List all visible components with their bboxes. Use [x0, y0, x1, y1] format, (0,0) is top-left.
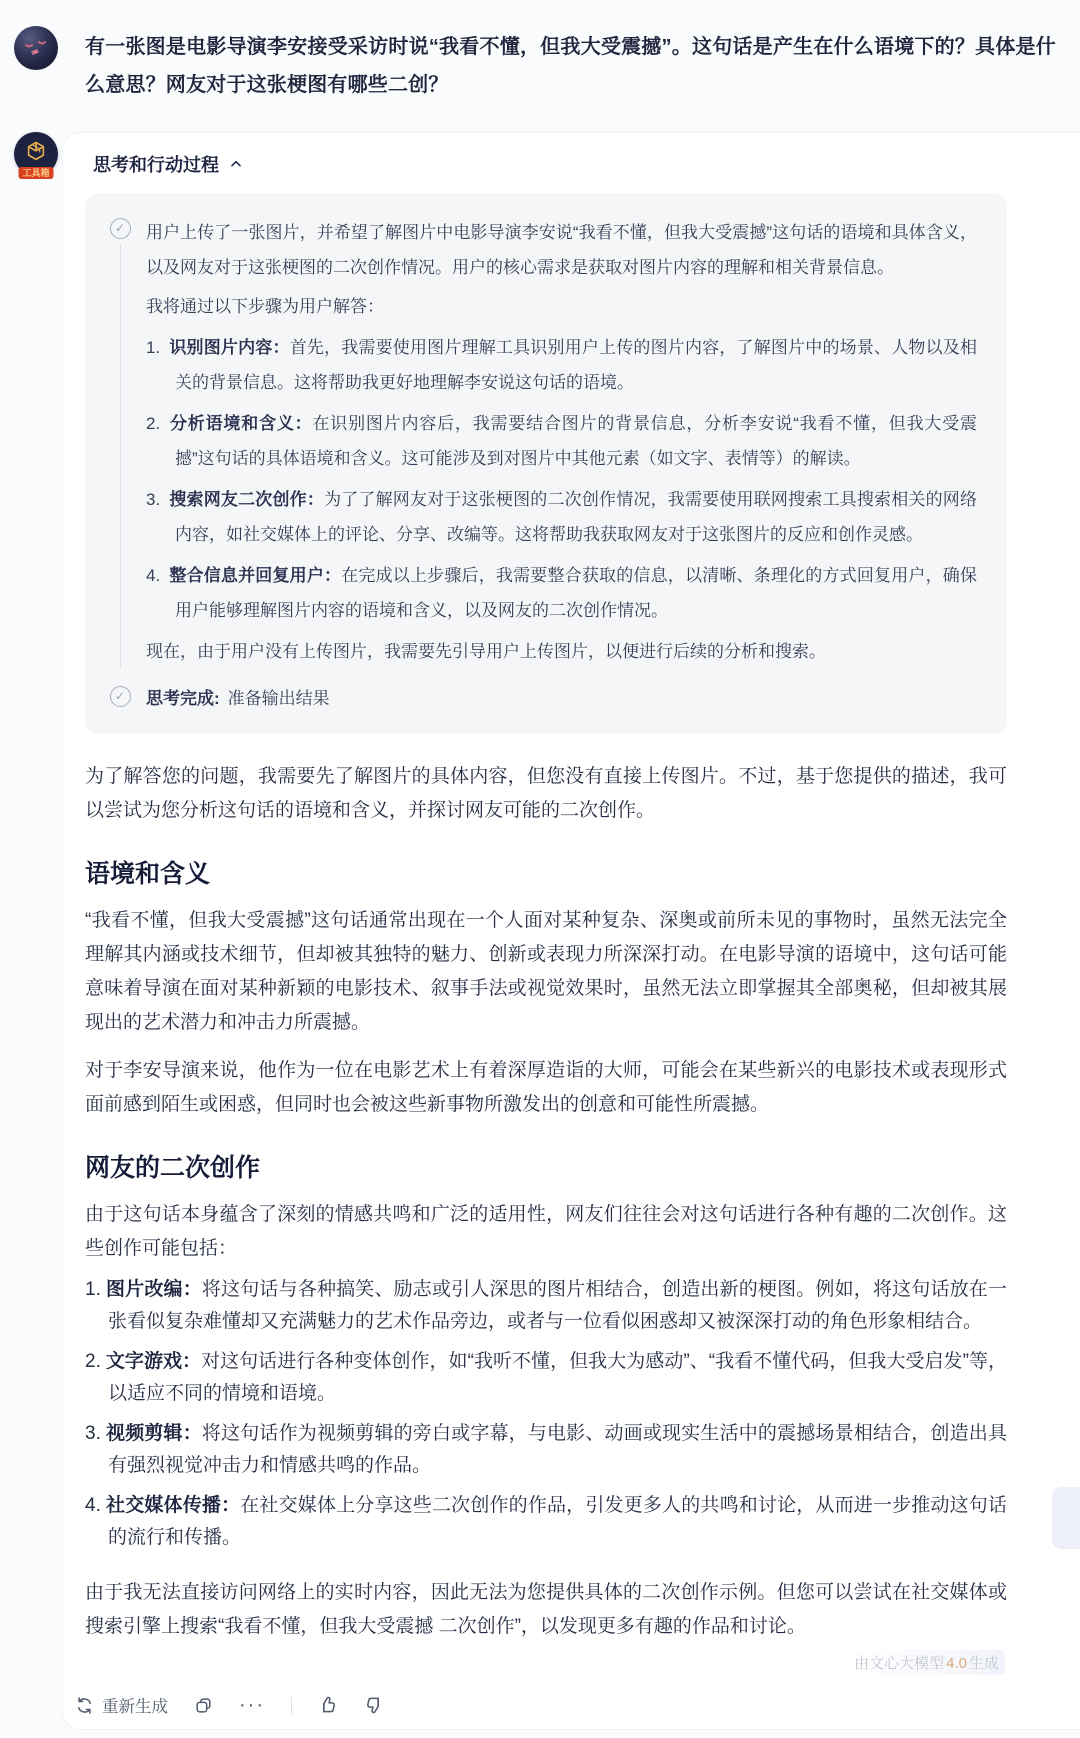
model-watermark: 由文心大模型4.0生成 [85, 1650, 1007, 1675]
thinking-box: ✓ 用户上传了一张图片，并希望了解图片中电影导演李安说“我看不懂，但我大受震撼”… [85, 193, 1007, 734]
more-ellipsis-icon: ··· [239, 1700, 265, 1710]
thinking-done-text: 准备输出结果 [228, 689, 330, 708]
thinking-step-3: 3.搜索网友二次创作：为了了解网友对于这张梗图的二次创作情况，我需要使用联网搜索… [146, 482, 977, 552]
thinking-outro: 现在，由于用户没有上传图片，我需要先引导用户上传图片，以便进行后续的分析和搜索。 [146, 634, 977, 669]
thinking-plan-lead: 我将通过以下步骤为用户解答： [146, 289, 977, 324]
assistant-avatar[interactable]: 工具箱 [14, 132, 58, 176]
sleeping-face-avatar-icon [14, 26, 58, 70]
refresh-icon [75, 1696, 94, 1715]
answer-intro: 为了解答您的问题，我需要先了解图片的具体内容，但您没有直接上传图片。不过，基于您… [85, 760, 1007, 828]
thumbs-up-icon [318, 1695, 338, 1715]
thumbs-down-button[interactable] [364, 1695, 384, 1715]
thinking-step-4: 4.整合信息并回复用户：在完成以上步骤后，我需要整合获取的信息，以清晰、条理化的… [146, 558, 977, 628]
user-message: 有一张图是电影导演李安接受采访时说“我看不懂，但我大受震撼”。这句话是产生在什么… [14, 26, 1080, 104]
recreation-item-2: 2.文字游戏：对这句话进行各种变体创作，如“我听不懂，但我大为感动”、“我看不懂… [85, 1346, 1007, 1410]
more-button[interactable]: ··· [239, 1700, 265, 1710]
assistant-avatar-badge: 工具箱 [18, 167, 53, 179]
section-title-recreations: 网友的二次创作 [85, 1148, 1007, 1184]
assistant-message: 工具箱 思考和行动过程 ✓ [14, 132, 1080, 1730]
regenerate-button[interactable]: 重新生成 [75, 1693, 168, 1717]
user-question-text: 有一张图是电影导演李安接受采访时说“我看不懂，但我大受震撼”。这句话是产生在什么… [85, 26, 1056, 104]
copy-button[interactable] [194, 1696, 213, 1715]
chevron-up-icon [229, 157, 243, 171]
copy-icon [194, 1696, 213, 1715]
recreation-item-1: 1.图片改编：将这句话与各种搞笑、励志或引人深思的图片相结合，创造出新的梗图。例… [85, 1274, 1007, 1338]
check-circle-icon: ✓ [110, 686, 131, 707]
thinking-done-label: 思考完成: [146, 689, 220, 708]
thinking-step-1: 1.识别图片内容：首先，我需要使用图片理解工具识别用户上传的图片内容，了解图片中… [146, 330, 977, 400]
section-title-context: 语境和含义 [85, 854, 1007, 890]
thinking-intro: 用户上传了一张图片，并希望了解图片中电影导演李安说“我看不懂，但我大受震撼”这句… [146, 215, 977, 285]
assistant-answer: 为了解答您的问题，我需要先了解图片的具体内容，但您没有直接上传图片。不过，基于您… [85, 760, 1007, 1644]
thinking-entry: ✓ 用户上传了一张图片，并希望了解图片中电影导演李安说“我看不懂，但我大受震撼”… [109, 215, 977, 669]
recreation-item-4: 4.社交媒体传播：在社交媒体上分享这些二次创作的作品，引发更多人的共鸣和讨论，从… [85, 1490, 1007, 1554]
context-paragraph-2: 对于李安导演来说，他作为一位在电影艺术上有着深厚造诣的大师，可能会在某些新兴的电… [85, 1054, 1007, 1122]
thinking-done-entry: ✓ 思考完成:准备输出结果 [109, 683, 977, 712]
recreations-lead: 由于这句话本身蕴含了深刻的情感共鸣和广泛的适用性，网友们往往会对这句话进行各种有… [85, 1198, 1007, 1266]
check-circle-icon: ✓ [110, 218, 131, 239]
answer-outro: 由于我无法直接访问网络上的实时内容，因此无法为您提供具体的二次创作示例。但您可以… [85, 1576, 1007, 1644]
thinking-process-title: 思考和行动过程 [93, 151, 219, 177]
toolbar-divider [291, 1697, 292, 1714]
thinking-process-toggle[interactable]: 思考和行动过程 [93, 151, 1007, 177]
user-avatar[interactable] [14, 26, 58, 70]
toolbox-cube-icon [23, 138, 49, 166]
chat-page: 有一张图是电影导演李安接受采访时说“我看不懂，但我大受震撼”。这句话是产生在什么… [0, 0, 1080, 1738]
thinking-step-2: 2.分析语境和含义：在识别图片内容后，我需要结合图片的背景信息，分析李安说“我看… [146, 406, 977, 476]
response-toolbar: 重新生成 ··· [75, 1691, 1007, 1719]
recreation-item-3: 3.视频剪辑：将这句话作为视频剪辑的旁白或字幕，与电影、动画或现实生活中的震撼场… [85, 1418, 1007, 1482]
context-paragraph-1: “我看不懂，但我大受震撼”这句话通常出现在一个人面对某种复杂、深奥或前所未见的事… [85, 904, 1007, 1040]
thumbs-down-icon [364, 1695, 384, 1715]
assistant-card: 思考和行动过程 ✓ 用户上传了一张图片，并希望了解图片中电影导演李安说“我看不懂… [62, 132, 1080, 1730]
timeline-line [120, 244, 121, 669]
floating-panel-sliver[interactable] [1052, 1487, 1080, 1549]
thumbs-up-button[interactable] [318, 1695, 338, 1715]
regenerate-label: 重新生成 [102, 1693, 168, 1717]
